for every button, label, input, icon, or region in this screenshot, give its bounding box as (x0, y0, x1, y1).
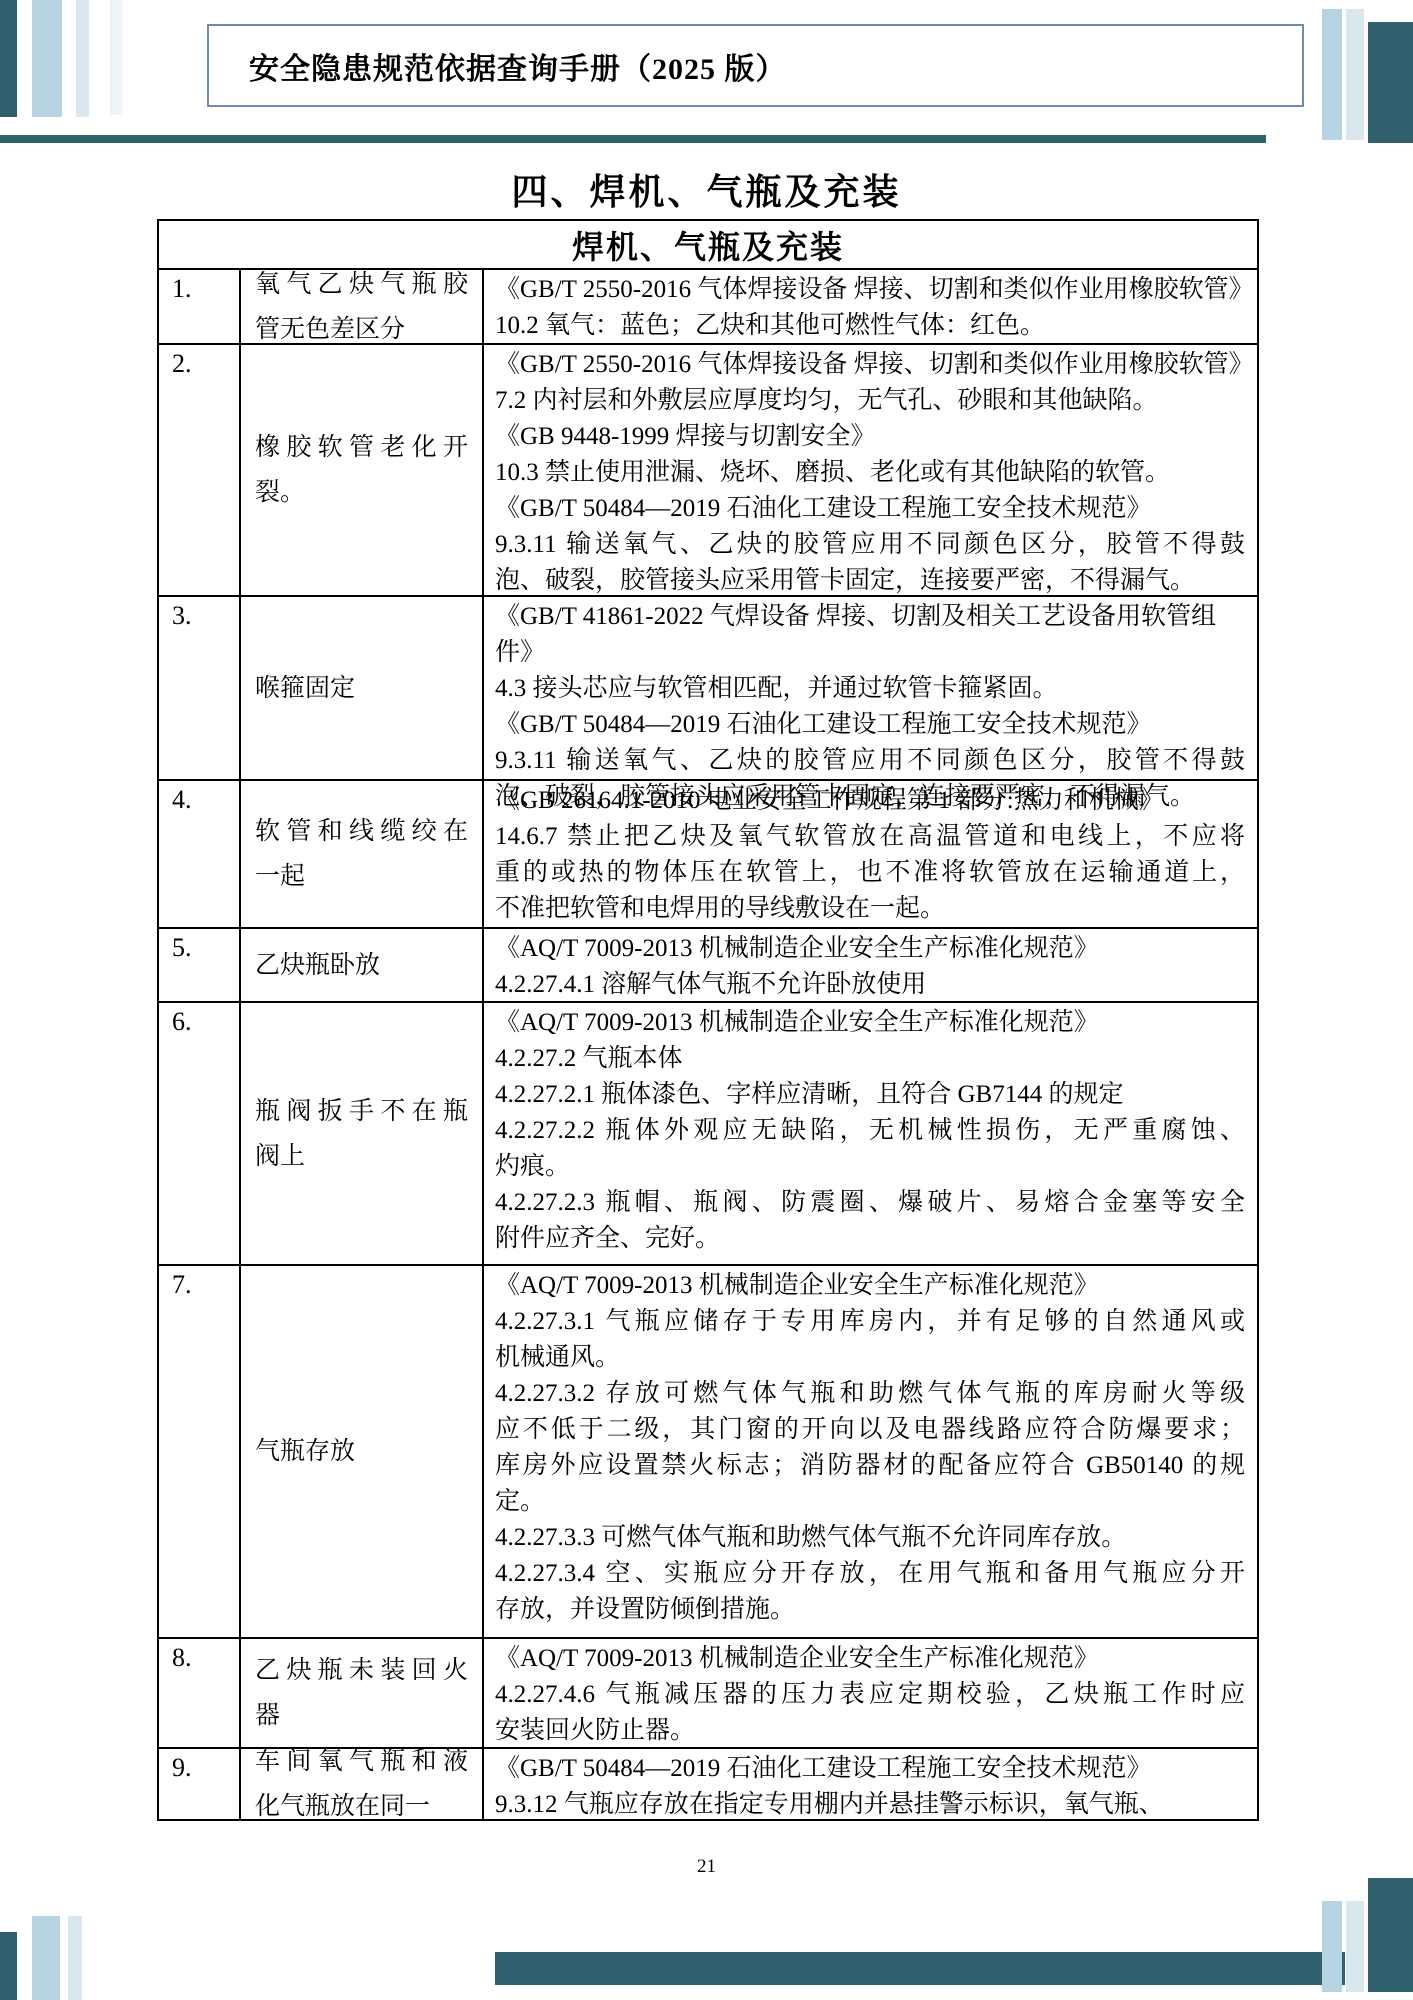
table-body: 1.氧气乙炔气瓶胶管无色差区分《GB/T 2550-2016 气体焊接设备 焊接… (159, 270, 1257, 1819)
top-right-pale-bar (1346, 9, 1364, 140)
section-title: 四、焊机、气瓶及充装 (0, 164, 1413, 215)
regulation-basis-cell: 《AQ/T 7009-2013 机械制造企业安全生产标准化规范》4.2.27.4… (484, 929, 1255, 1001)
bottom-left-blue-bar (32, 1916, 60, 2000)
table-row: 1.氧气乙炔气瓶胶管无色差区分《GB/T 2550-2016 气体焊接设备 焊接… (159, 270, 1257, 345)
manual-title-box: 安全隐患规范依据查询手册（2025 版） (207, 24, 1304, 107)
top-left-blue-bar (32, 0, 62, 117)
row-number-cell: 2. (159, 345, 241, 595)
regulation-basis-cell: 《GB/T 50484—2019 石油化工建设工程施工安全技术规范》9.3.12… (484, 1749, 1255, 1819)
regulation-basis-cell: 《GB 26164.1-2010 电业安全工作规程第 1 部分:热力和机械》14… (484, 781, 1255, 927)
regulation-basis-cell: 《GB/T 2550-2016 气体焊接设备 焊接、切割和类似作业用橡胶软管》1… (484, 270, 1255, 343)
hazard-name-cell: 橡胶软管老化开裂。 (241, 345, 484, 595)
table-row: 8.乙炔瓶未装回火器《AQ/T 7009-2013 机械制造企业安全生产标准化规… (159, 1639, 1257, 1749)
bottom-right-teal-bar (1368, 1878, 1413, 1992)
hazard-name-cell: 瓶阀扳手不在瓶阀上 (241, 1003, 484, 1264)
row-number-cell: 5. (159, 929, 241, 1001)
table-row: 9.车间氧气瓶和液化气瓶放在同一《GB/T 50484—2019 石油化工建设工… (159, 1749, 1257, 1819)
row-number-cell: 3. (159, 597, 241, 779)
hazard-name-cell: 气瓶存放 (241, 1266, 484, 1637)
bottom-divider-rule (495, 1952, 1345, 1985)
regulation-basis-cell: 《AQ/T 7009-2013 机械制造企业安全生产标准化规范》4.2.27.4… (484, 1639, 1255, 1747)
manual-title: 安全隐患规范依据查询手册（2025 版） (249, 44, 787, 88)
table-row: 7.气瓶存放《AQ/T 7009-2013 机械制造企业安全生产标准化规范》4.… (159, 1266, 1257, 1639)
hazard-name-cell: 喉箍固定 (241, 597, 484, 779)
row-number-cell: 1. (159, 270, 241, 343)
bottom-left-pale-bar (68, 1916, 82, 2000)
top-right-blue-bar (1322, 9, 1342, 140)
table-row: 2.橡胶软管老化开裂。《GB/T 2550-2016 气体焊接设备 焊接、切割和… (159, 345, 1257, 597)
top-right-teal-bar (1368, 22, 1413, 143)
bottom-right-blue-bar (1322, 1901, 1342, 1992)
header-divider-rule (0, 135, 1266, 143)
top-left-teal-bar (0, 0, 17, 117)
table-row: 3.喉箍固定《GB/T 41861-2022 气焊设备 焊接、切割及相关工艺设备… (159, 597, 1257, 781)
hazard-name-cell: 氧气乙炔气瓶胶管无色差区分 (241, 270, 484, 343)
page-number: 21 (0, 1856, 1413, 1878)
row-number-cell: 6. (159, 1003, 241, 1264)
row-number-cell: 4. (159, 781, 241, 927)
hazard-name-cell: 乙炔瓶未装回火器 (241, 1639, 484, 1747)
hazard-name-cell: 乙炔瓶卧放 (241, 929, 484, 1001)
regulation-basis-cell: 《GB/T 41861-2022 气焊设备 焊接、切割及相关工艺设备用软管组件》… (484, 597, 1255, 779)
regulation-basis-cell: 《GB/T 2550-2016 气体焊接设备 焊接、切割和类似作业用橡胶软管》7… (484, 345, 1255, 595)
table-row: 6.瓶阀扳手不在瓶阀上《AQ/T 7009-2013 机械制造企业安全生产标准化… (159, 1003, 1257, 1266)
regulation-table: 焊机、气瓶及充装 1.氧气乙炔气瓶胶管无色差区分《GB/T 2550-2016 … (157, 219, 1259, 1821)
hazard-name-cell: 车间氧气瓶和液化气瓶放在同一 (241, 1749, 484, 1819)
table-row: 4.软管和线缆绞在一起《GB 26164.1-2010 电业安全工作规程第 1 … (159, 781, 1257, 929)
top-left-paler-bar (110, 0, 123, 115)
row-number-cell: 9. (159, 1749, 241, 1819)
bottom-left-teal-bar (0, 1932, 17, 2000)
row-number-cell: 8. (159, 1639, 241, 1747)
table-row: 5.乙炔瓶卧放《AQ/T 7009-2013 机械制造企业安全生产标准化规范》4… (159, 929, 1257, 1003)
bottom-right-pale-bar (1346, 1901, 1364, 1992)
hazard-name-cell: 软管和线缆绞在一起 (241, 781, 484, 927)
regulation-basis-cell: 《AQ/T 7009-2013 机械制造企业安全生产标准化规范》4.2.27.2… (484, 1003, 1255, 1264)
regulation-basis-cell: 《AQ/T 7009-2013 机械制造企业安全生产标准化规范》4.2.27.3… (484, 1266, 1255, 1637)
top-left-pale-bar (76, 0, 89, 117)
row-number-cell: 7. (159, 1266, 241, 1637)
